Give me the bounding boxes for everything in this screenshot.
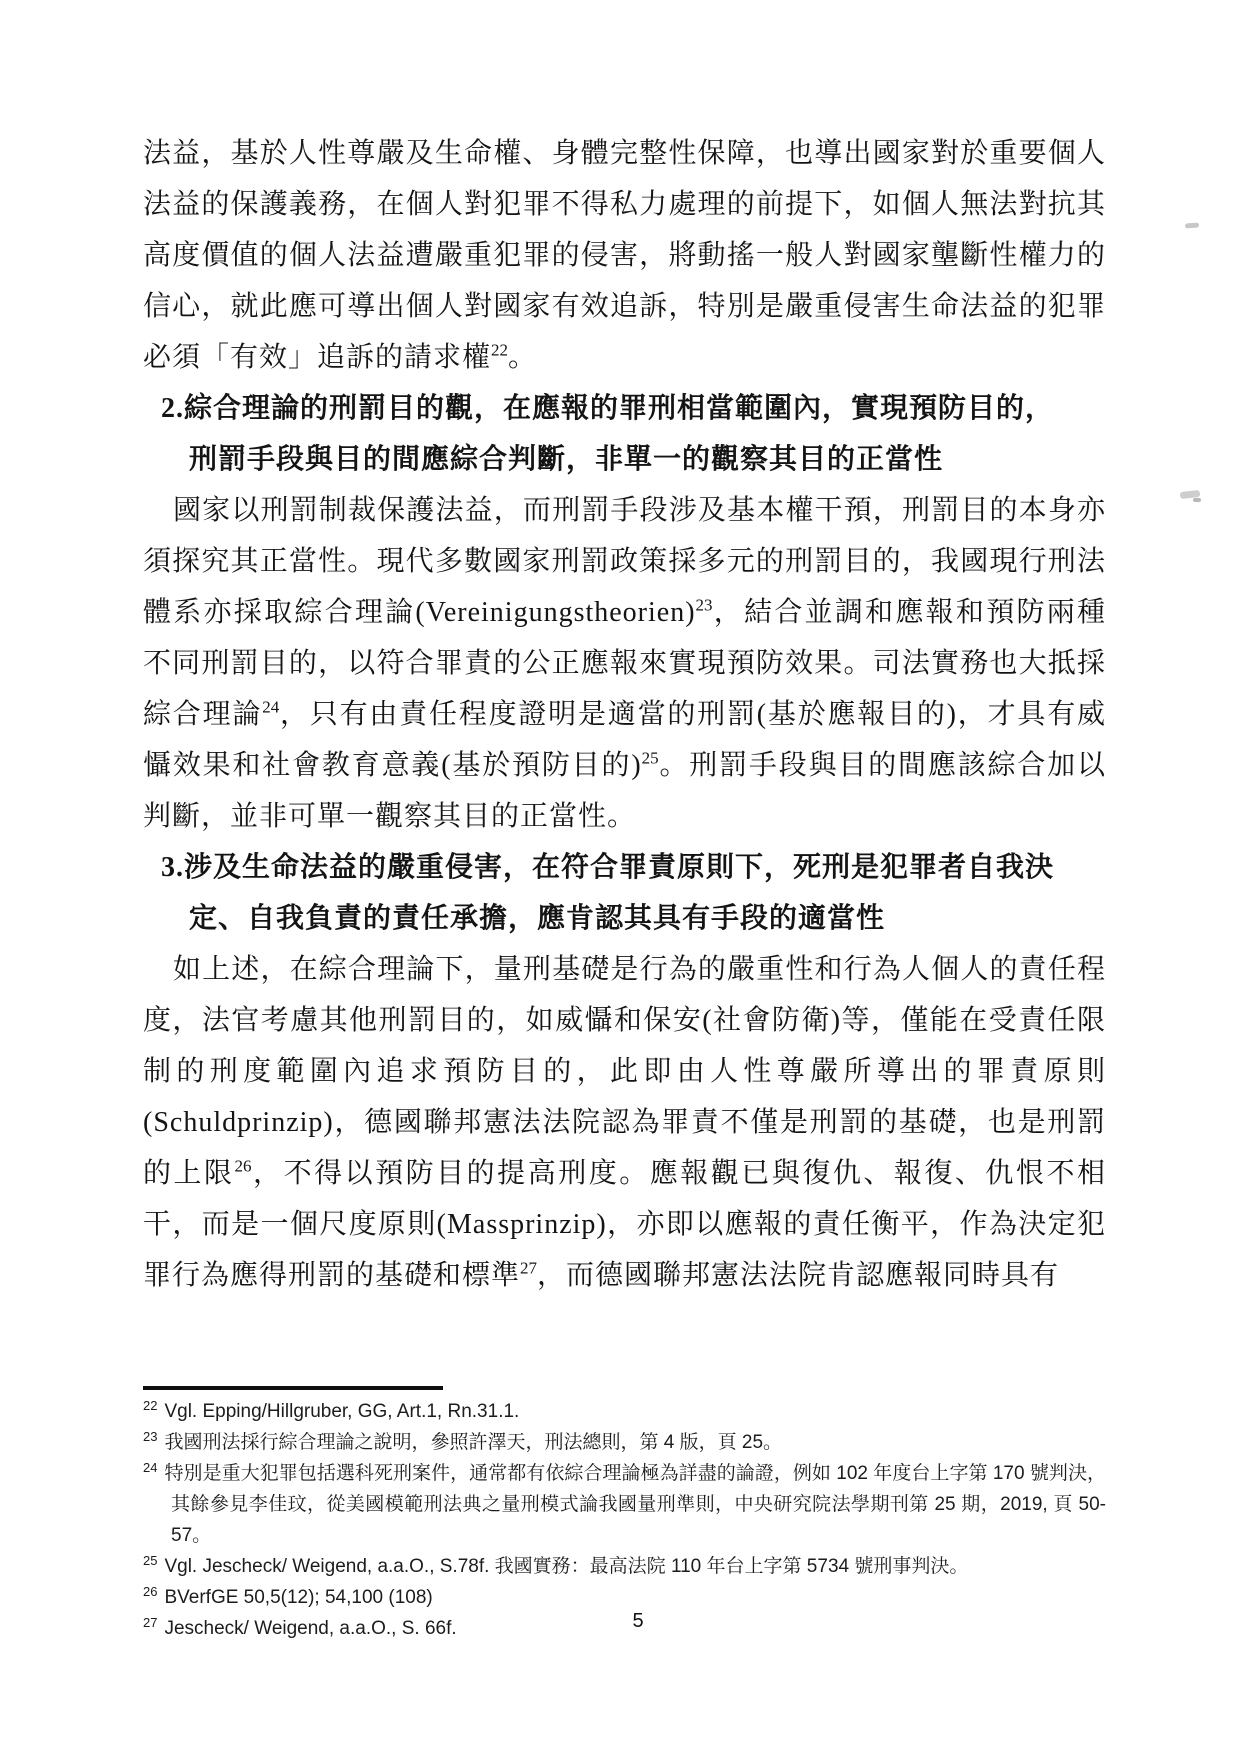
text-run: 定、自我負責的責任承擔，應肯認其具有手段的適當性 xyxy=(189,903,885,934)
footnote: 24特別是重大犯罪包括選科死刑案件，通常都有依綜合理論極為詳盡的論證，例如 10… xyxy=(143,1458,1106,1551)
footnote: 22Vgl. Epping/Hillgruber, GG, Art.1, Rn.… xyxy=(143,1396,1106,1427)
footnote-ref: 27 xyxy=(520,1259,537,1278)
footnote-ref: 25 xyxy=(642,749,659,768)
footnote-text: 特別是重大犯罪包括選科死刑案件，通常都有依綜合理論極為詳盡的論證，例如 102 … xyxy=(164,1463,1106,1546)
scanned-page: 法益，基於人性尊嚴及生命權、身體完整性保障，也導出國家對於重要個人法益的保護義務… xyxy=(0,0,1240,1754)
section-heading: 3.涉及生命法益的嚴重侵害，在符合罪責原則下，死刑是犯罪者自我決定、自我負責的責… xyxy=(143,842,1106,944)
footnote-ref: 26 xyxy=(235,1157,252,1176)
footnote-separator xyxy=(143,1386,443,1390)
footnote: 23我國刑法採行綜合理論之說明，參照許澤天，刑法總則，第 4 版，頁 25。 xyxy=(143,1427,1106,1458)
footnote-number: 23 xyxy=(143,1429,157,1444)
footnote-number: 24 xyxy=(143,1460,157,1475)
footnote-number: 25 xyxy=(143,1553,157,1568)
text-run: 如上述，在綜合理論下，量刑基礎是行為的嚴重性和行為人個人的責任程度，法官考慮其他… xyxy=(143,954,1106,1189)
page-number: 5 xyxy=(18,1610,1240,1633)
footnote-text: BVerfGE 50,5(12); 54,100 (108) xyxy=(164,1587,432,1608)
paragraph: 國家以刑罰制裁保護法益，而刑罰手段涉及基本權干預，刑罰目的本身亦須探究其正當性。… xyxy=(143,485,1106,842)
footnote-list: 22Vgl. Epping/Hillgruber, GG, Art.1, Rn.… xyxy=(143,1396,1106,1644)
footnote-text: 我國刑法採行綜合理論之說明，參照許澤天，刑法總則，第 4 版，頁 25。 xyxy=(164,1432,782,1453)
footnote-ref: 24 xyxy=(262,698,279,717)
footnote: 25Vgl. Jescheck/ Weigend, a.a.O., S.78f.… xyxy=(143,1551,1106,1582)
section-heading: 2.綜合理論的刑罰目的觀，在應報的罪刑相當範圍內，實現預防目的，刑罰手段與目的間… xyxy=(143,383,1106,485)
footnote-ref: 23 xyxy=(696,596,713,615)
text-run: 刑罰手段與目的間應綜合判斷，非單一的觀察其目的正當性 xyxy=(189,444,943,475)
scan-artifact xyxy=(1185,223,1199,229)
footnote: 26BVerfGE 50,5(12); 54,100 (108) xyxy=(143,1582,1106,1613)
document-body: 法益，基於人性尊嚴及生命權、身體完整性保障，也導出國家對於重要個人法益的保護義務… xyxy=(143,128,1106,1301)
paragraph: 法益，基於人性尊嚴及生命權、身體完整性保障，也導出國家對於重要個人法益的保護義務… xyxy=(143,128,1106,383)
text-run: 。 xyxy=(508,342,537,373)
footnote-text: Vgl. Epping/Hillgruber, GG, Art.1, Rn.31… xyxy=(164,1401,519,1422)
text-run: 3.涉及生命法益的嚴重侵害，在符合罪責原則下，死刑是犯罪者自我決 xyxy=(161,852,1054,883)
text-run: 法益，基於人性尊嚴及生命權、身體完整性保障，也導出國家對於重要個人法益的保護義務… xyxy=(143,138,1106,373)
footnote-number: 26 xyxy=(143,1584,157,1599)
footnote-ref: 22 xyxy=(491,341,508,360)
text-run: 2.綜合理論的刑罰目的觀，在應報的罪刑相當範圍內，實現預防目的， xyxy=(161,393,1054,424)
text-run: ，而德國聯邦憲法法院肯認應報同時具有 xyxy=(537,1260,1059,1291)
paragraph: 如上述，在綜合理論下，量刑基礎是行為的嚴重性和行為人個人的責任程度，法官考慮其他… xyxy=(143,944,1106,1301)
footnote-number: 22 xyxy=(143,1398,157,1413)
scan-artifact xyxy=(1193,498,1201,502)
footnote-text: Vgl. Jescheck/ Weigend, a.a.O., S.78f. 我… xyxy=(164,1556,968,1577)
